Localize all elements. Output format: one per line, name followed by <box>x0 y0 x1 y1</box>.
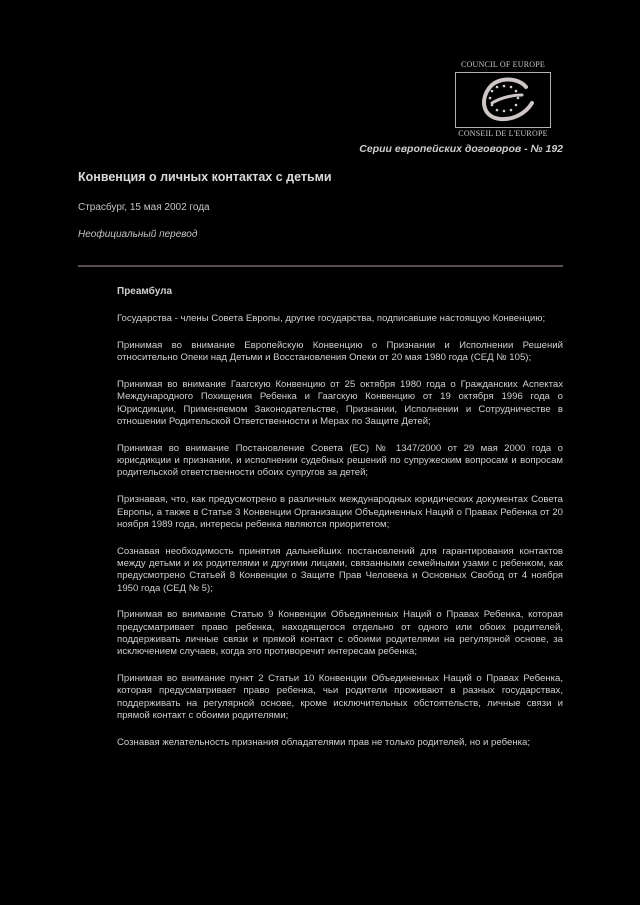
preamble-paragraph: Признавая, что, как предусмотрено в разл… <box>117 494 563 531</box>
preamble-paragraph: Принимая во внимание Европейскую Конвенц… <box>117 340 563 365</box>
preamble-paragraph: Принимая во внимание Постановление Совет… <box>117 443 563 480</box>
preamble-paragraph: Сознавая необходимость принятия дальнейш… <box>117 546 563 595</box>
treaty-series-label: Серии европейских договоров - № 192 <box>359 143 563 155</box>
preamble-heading: Преамбула <box>117 286 563 298</box>
logo-bottom-text: CONSEIL DE L'EUROPE <box>452 129 554 139</box>
preamble-paragraph: Государства - члены Совета Европы, други… <box>117 313 563 325</box>
preamble-paragraph: Принимая во внимание Статью 9 Конвенции … <box>117 609 563 658</box>
council-of-europe-emblem-icon <box>456 73 550 127</box>
preamble-paragraph: Сознавая желательность признания обладат… <box>117 737 563 749</box>
logo-frame <box>455 72 551 128</box>
preamble-section: Преамбула Государства - члены Совета Евр… <box>117 286 563 764</box>
document-title: Конвенция о личных контактах с детьми <box>78 170 332 184</box>
logo-top-text: COUNCIL OF EUROPE <box>452 60 554 70</box>
preamble-paragraph: Принимая во внимание пункт 2 Статьи 10 К… <box>117 673 563 722</box>
place-date: Страсбург, 15 мая 2002 года <box>78 202 210 213</box>
council-of-europe-logo: COUNCIL OF EUROPE CONSEIL DE L'EUROPE <box>452 60 554 139</box>
horizontal-divider <box>78 265 563 267</box>
preamble-paragraph: Принимая во внимание Гаагскую Конвенцию … <box>117 379 563 428</box>
unofficial-translation-note: Неофициальный перевод <box>78 229 197 240</box>
